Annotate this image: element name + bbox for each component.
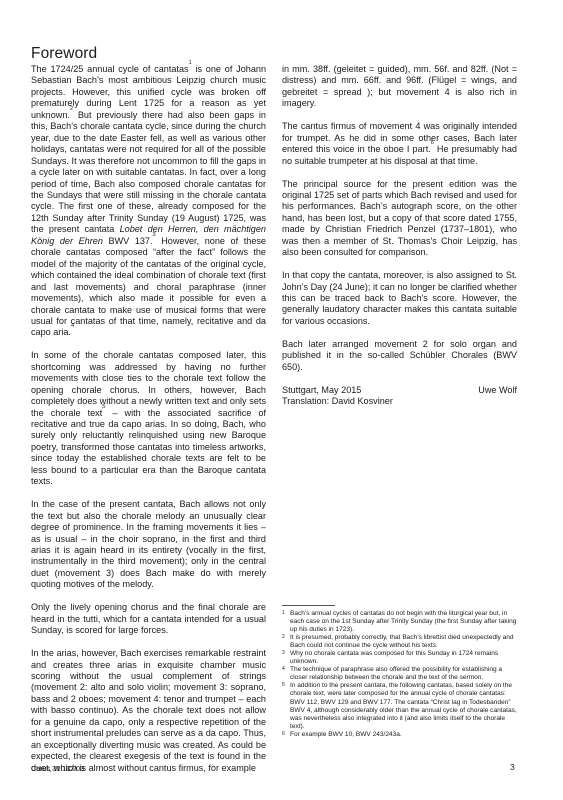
footnote-number: 1 — [282, 609, 290, 633]
page-title: Foreword — [31, 45, 97, 63]
footnote-text: Bach’s annual cycles of cantatas do not … — [290, 610, 517, 634]
paragraph-5: In the arias, however, Bach exercises re… — [31, 648, 266, 774]
paragraph-10: Bach later arranged movement 2 for solo … — [282, 339, 517, 373]
text-run: BWV 137. — [103, 236, 153, 246]
footnote-item: 5In addition to the present cantata, the… — [282, 682, 517, 730]
footnote-text: Why no chorale cantata was composed for … — [290, 650, 517, 666]
text-run: But previously there had also been gaps … — [31, 110, 266, 235]
footnote-text: The technique of paraphrase also offered… — [290, 666, 517, 682]
footnote-ref-1[interactable]: 1 — [189, 60, 192, 66]
footnote-ref-6[interactable]: 6 — [431, 140, 434, 146]
footnote-text: For example BWV 10, BWV 243/243a. — [290, 731, 517, 739]
place-date: Stuttgart, May 2015 — [282, 385, 361, 396]
footnote-divider — [282, 605, 335, 606]
paragraph-2: In some of the chorale cantatas composed… — [31, 350, 266, 487]
left-column: The 1724/25 annual cycle of cantatas1 is… — [31, 64, 266, 785]
text-run: The 1724/25 annual cycle of cantatas — [31, 64, 189, 74]
author-name: Uwe Wolf — [478, 385, 517, 396]
paragraph-6: in mm. 38ff. (geleitet = guided), mm. 56… — [282, 64, 517, 110]
footnote-item: 2It is presumed, probably correctly, tha… — [282, 634, 517, 650]
right-column: in mm. 38ff. (geleitet = guided), mm. 56… — [282, 64, 517, 408]
paragraph-4: Only the lively opening chorus and the f… — [31, 602, 266, 636]
paragraph-7: The cantus firmus of movement 4 was orig… — [282, 121, 517, 167]
text-run: – with the associated sacrifice of recit… — [31, 408, 266, 487]
footnote-item: 3Why no chorale cantata was composed for… — [282, 650, 517, 666]
footnote-item: 4The technique of paraphrase also offere… — [282, 666, 517, 682]
text-run: However, none of these chorale cantatas … — [31, 236, 266, 338]
footnote-number: 6 — [282, 730, 290, 738]
paragraph-8: The principal source for the present edi… — [282, 179, 517, 259]
page-number: 3 — [510, 762, 515, 772]
signature-line: Stuttgart, May 2015Uwe Wolf — [282, 385, 517, 396]
footnotes: 1Bach’s annual cycles of cantatas do not… — [282, 610, 517, 739]
footnote-ref-2[interactable]: 2 — [70, 106, 73, 112]
footnote-item: 1Bach’s annual cycles of cantatas do not… — [282, 610, 517, 634]
footnote-number: 5 — [282, 681, 290, 729]
footnote-text: It is presumed, probably correctly, that… — [290, 634, 517, 650]
paragraph-3: In the case of the present cantata, Bach… — [31, 499, 266, 591]
footnote-item: 6For example BWV 10, BWV 243/243a. — [282, 731, 517, 739]
footnote-ref-5[interactable]: 5 — [102, 404, 105, 410]
footnote-ref-4[interactable]: 4 — [71, 323, 74, 329]
footnote-ref-3[interactable]: 3 — [153, 232, 156, 238]
paragraph-1: The 1724/25 annual cycle of cantatas1 is… — [31, 64, 266, 339]
footnote-text: In addition to the present cantata, the … — [290, 682, 517, 730]
footnote-number: 4 — [282, 665, 290, 681]
translator-credit: Translation: David Kosviner — [282, 396, 517, 407]
catalog-number: Carus 31.137/03 — [31, 764, 84, 773]
footnote-number: 2 — [282, 633, 290, 649]
paragraph-9: In that copy the cantata, moreover, is a… — [282, 270, 517, 327]
footnote-number: 3 — [282, 649, 290, 665]
